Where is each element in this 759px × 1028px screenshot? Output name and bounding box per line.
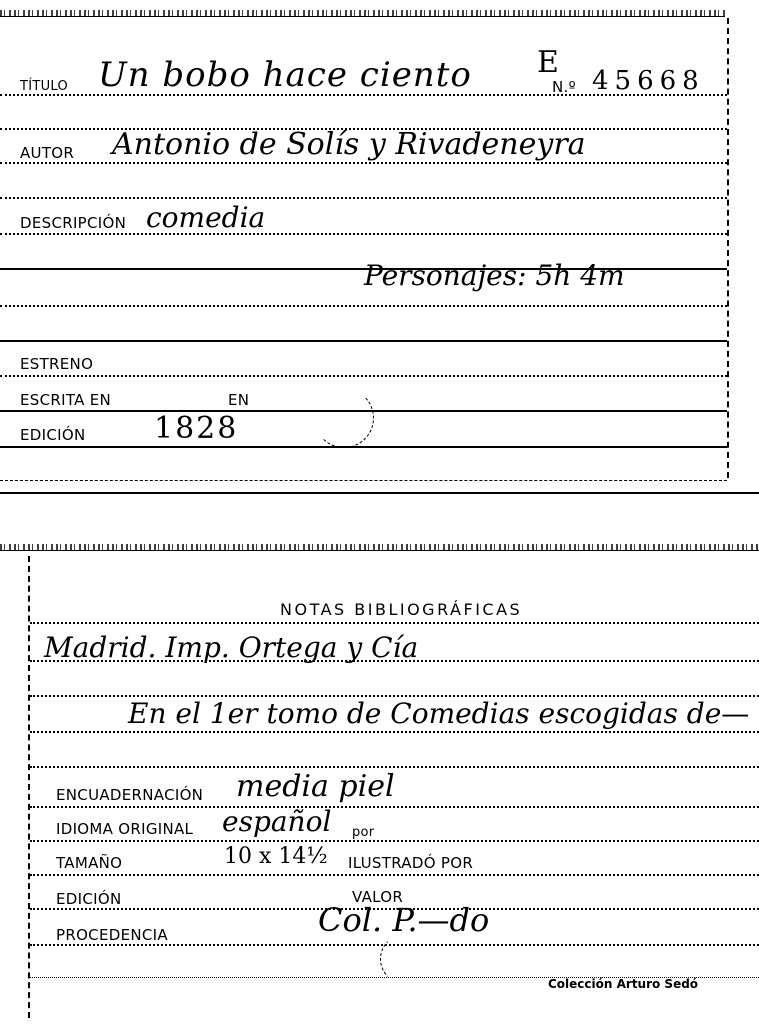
note-line-1: Madrid. Imp. Ortega y Cía	[44, 634, 418, 662]
notas-rule-top	[30, 622, 759, 624]
note-rule-4	[30, 766, 759, 768]
note-rule-3	[30, 731, 759, 733]
tamano-value: 10 x 14½	[224, 846, 328, 868]
card-top-edge-line	[0, 16, 725, 17]
edicion-label: EDICIÓN	[20, 428, 85, 443]
encuadernacion-value: media piel	[236, 772, 395, 802]
descripcion-label: DESCRIPCIÓN	[20, 216, 126, 231]
idioma-original-label: IDIOMA ORIGINAL	[56, 822, 193, 837]
numero-prefix: E	[537, 48, 559, 78]
collection-footer: Colección Arturo Sedó	[548, 977, 698, 991]
notas-title: NOTAS BIBLIOGRÁFICAS	[280, 602, 522, 618]
rule-bottom	[0, 480, 727, 481]
personajes-value: Personajes: 5h 4m	[364, 262, 625, 290]
paper-stain	[314, 388, 374, 448]
card-back-top-edge-line	[0, 550, 759, 551]
numero-value: 45668	[592, 68, 705, 94]
escrita-en-lugar-label: EN	[228, 393, 249, 408]
note-line-2: En el 1er tomo de Comedias escogidas de—	[128, 700, 749, 728]
back-edicion-label: EDICIÓN	[56, 892, 121, 907]
titulo-label: TÍTULO	[20, 80, 68, 93]
edicion-value: 1828	[154, 414, 238, 444]
edicion-rule	[0, 446, 727, 448]
descripcion-value: comedia	[146, 204, 265, 232]
card-front-bottom-edge	[0, 492, 759, 494]
procedencia-value: Col. P.—do	[318, 904, 489, 936]
estreno-label: ESTRENO	[20, 357, 93, 372]
numero-label: N.º	[552, 80, 576, 95]
card-right-border	[727, 18, 729, 478]
idioma-original-value: español	[222, 808, 331, 836]
titulo-rule	[0, 94, 727, 96]
escrita-en-label: ESCRITA EN	[20, 393, 111, 408]
estreno-rule	[0, 375, 727, 377]
tamano-rule	[30, 874, 759, 876]
titulo-value: Un bobo hace ciento	[98, 58, 472, 92]
descripcion-rule	[0, 233, 727, 235]
autor-rule	[0, 162, 727, 164]
encuadernacion-label: ENCUADERNACIÓN	[56, 788, 203, 803]
card-back-left-border	[28, 556, 30, 1018]
idioma-original-suffix: por	[352, 826, 374, 839]
idioma-original-rule	[30, 840, 759, 842]
tamano-label: TAMAÑO	[56, 856, 122, 871]
encuadernacion-rule	[30, 806, 759, 808]
rule-2	[0, 197, 727, 199]
personajes-rule	[0, 305, 727, 307]
autor-label: AUTOR	[20, 146, 74, 161]
ilustrado-por-label: ILUSTRADÓ POR	[348, 856, 473, 871]
procedencia-label: PROCEDENCIA	[56, 928, 168, 943]
note-rule-1	[30, 660, 759, 662]
autor-value: Antonio de Solís y Rivadeneyra	[112, 130, 586, 160]
rule-4	[0, 340, 727, 342]
